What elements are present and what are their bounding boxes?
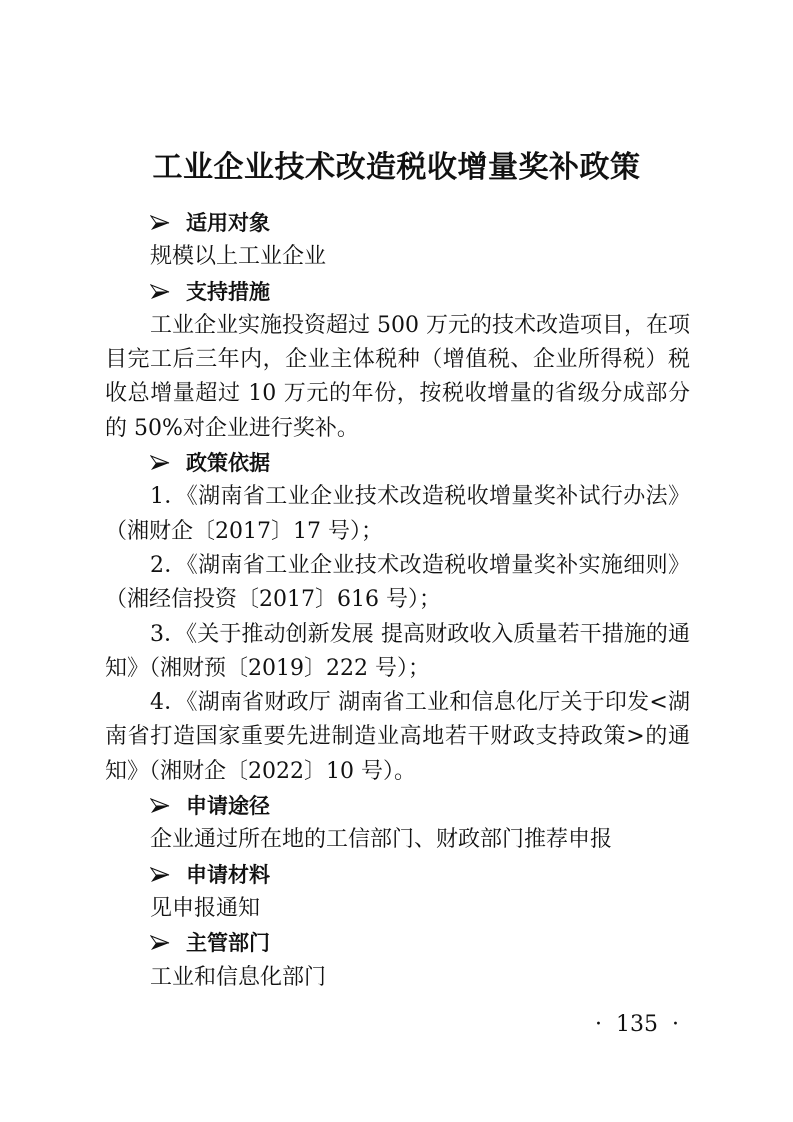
section-heading-label: 申请途径 <box>186 789 270 823</box>
arrowhead-bullet-icon <box>150 215 170 231</box>
section-heading-label: 适用对象 <box>186 206 270 240</box>
page-title: 工业企业技术改造税收增量奖补政策 <box>0 148 793 188</box>
policy-basis-item-3: 3．《关于推动创新发展 提高财政收入质量若干措施的通知》（湘财预〔2019〕22… <box>105 618 690 687</box>
section-heading-label: 申请材料 <box>186 858 270 892</box>
policy-content: 适用对象 规模以上工业企业 支持措施 工业企业实施投资超过 500 万元的技术改… <box>105 206 690 995</box>
section-heading-policy-basis: 政策依据 <box>105 446 690 480</box>
section-heading-application-materials: 申请材料 <box>105 858 690 892</box>
section-heading-applicable-target: 适用对象 <box>105 206 690 240</box>
section-heading-label: 政策依据 <box>186 446 270 480</box>
policy-basis-item-1: 1．《湖南省工业企业技术改造税收增量奖补试行办法》（湘财企〔2017〕17 号）… <box>105 480 690 549</box>
policy-basis-item-2: 2．《湖南省工业企业技术改造税收增量奖补实施细则》（湘经信投资〔2017〕616… <box>105 549 690 618</box>
section-body-text: 工业和信息化部门 <box>105 961 690 995</box>
page-number: · 135 · <box>595 1012 679 1037</box>
section-body-text: 规模以上工业企业 <box>105 240 690 274</box>
arrowhead-bullet-icon <box>150 455 170 471</box>
policy-basis-item-4: 4．《湖南省财政厅 湖南省工业和信息化厅关于印发<湖南省打造国家重要先进制造业高… <box>105 686 690 789</box>
section-heading-label: 主管部门 <box>186 926 270 960</box>
section-body-text: 见申报通知 <box>105 892 690 926</box>
section-body-text: 企业通过所在地的工信部门、财政部门推荐申报 <box>105 823 690 857</box>
arrowhead-bullet-icon <box>150 867 170 883</box>
arrowhead-bullet-icon <box>150 798 170 814</box>
section-body-paragraph: 工业企业实施投资超过 500 万元的技术改造项目，在项目完工后三年内，企业主体税… <box>105 309 690 446</box>
arrowhead-bullet-icon <box>150 935 170 951</box>
arrowhead-bullet-icon <box>150 284 170 300</box>
section-heading-support-measures: 支持措施 <box>105 275 690 309</box>
section-heading-competent-department: 主管部门 <box>105 926 690 960</box>
section-heading-application-channel: 申请途径 <box>105 789 690 823</box>
section-heading-label: 支持措施 <box>186 275 270 309</box>
